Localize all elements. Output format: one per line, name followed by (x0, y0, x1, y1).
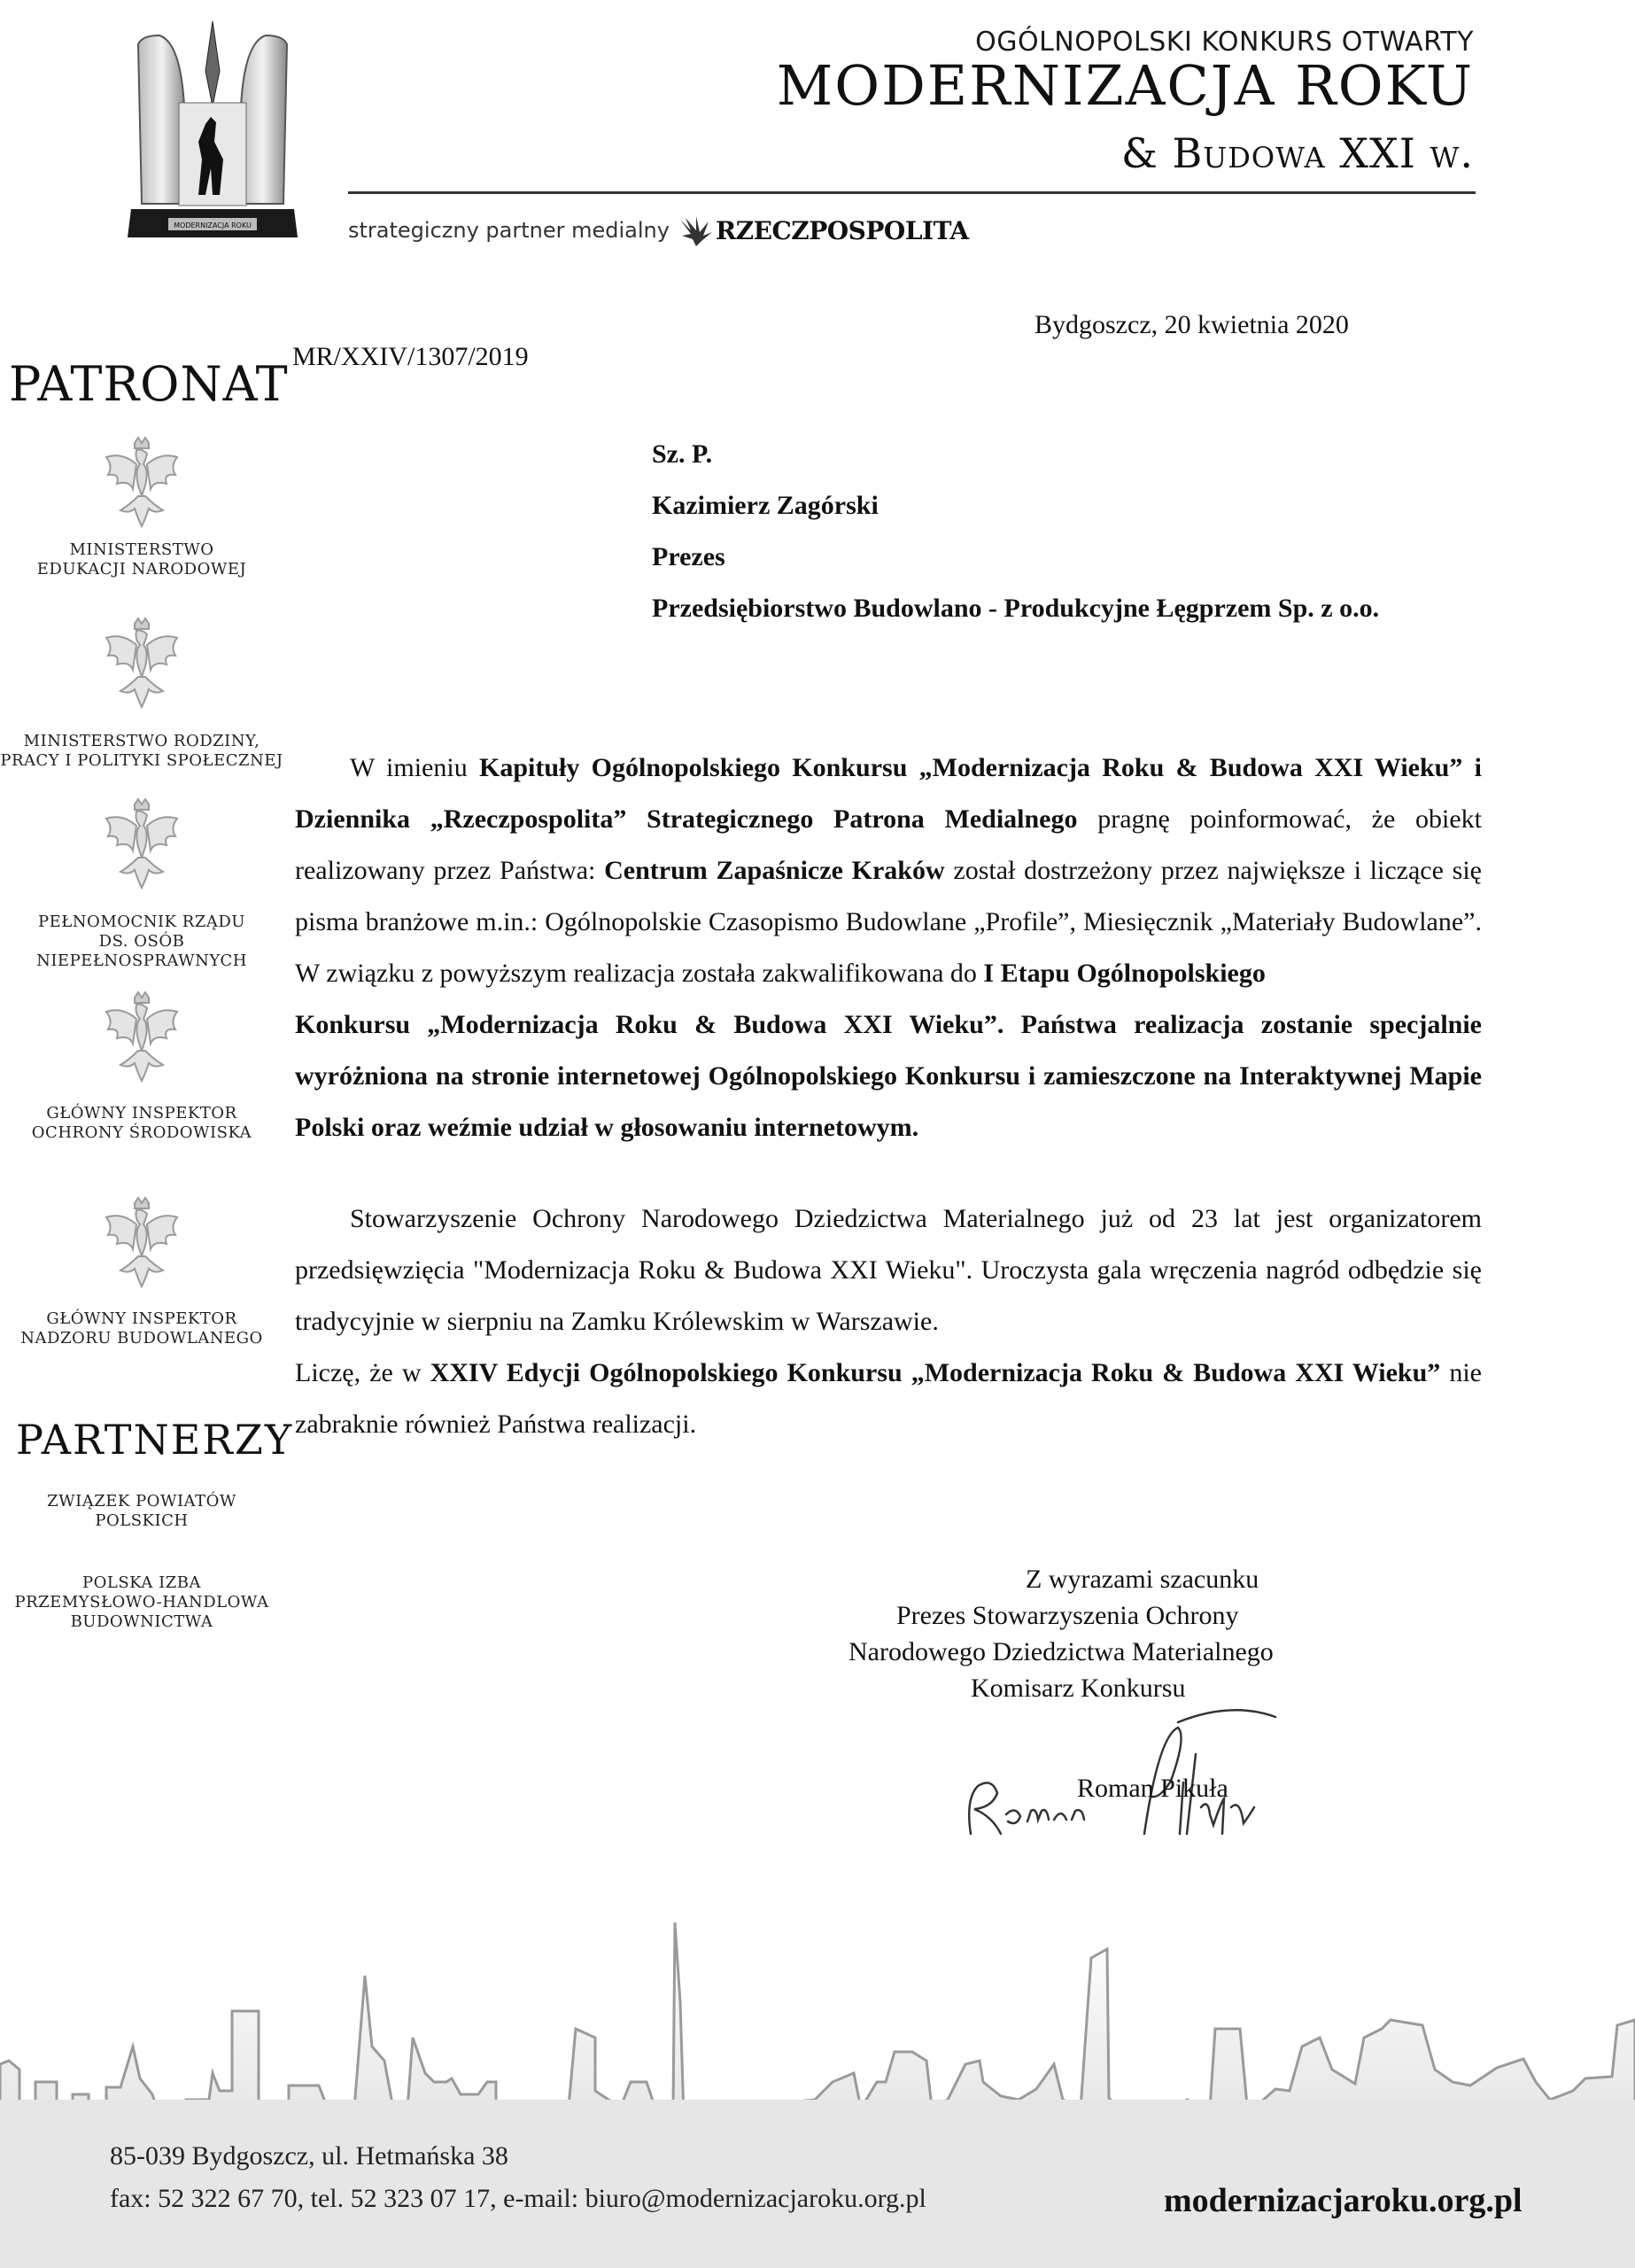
trophy-logo-icon: MODERNIZACJA ROKU (124, 18, 301, 250)
closing-line: Narodowego Dziedzictwa Materialnego (797, 1634, 1417, 1670)
eagle-icon (677, 213, 716, 248)
body-paragraph-1: W imieniu Kapituły Ogólnopolskiego Konku… (295, 742, 1482, 1153)
eagle-emblem-icon (99, 796, 184, 893)
patronat-heading: PATRONAT (9, 356, 289, 412)
patron-label-line: ds. Osób (99, 932, 185, 951)
recipient-block: Sz. P. Kazimierz Zagórski Prezes Przedsi… (652, 429, 1379, 634)
partner-label-line: Polskich (95, 1511, 188, 1530)
rzeczpospolita-logo: RZECZPOSPOLITA (677, 213, 969, 248)
patron-label-line: Pełnomocnik Rządu (38, 913, 245, 931)
bold-text-run: Centrum Zapaśnicze Kraków (604, 856, 945, 885)
signer-name: Roman Pikuła (1077, 1774, 1228, 1804)
eagle-emblem-icon (99, 989, 184, 1086)
text-run: W imieniu (350, 753, 479, 782)
footer-phone-email: fax: 52 322 67 70, tel. 52 323 07 17, e-… (110, 2178, 926, 2220)
recipient-salutation: Sz. P. (652, 429, 1379, 480)
patron-label-line: Edukacji Narodowej (37, 560, 246, 579)
partner-label-line: Przemysłowo-Handlowa (15, 1593, 269, 1612)
patron-entry: Główny Inspektor Nadzoru Budowlanego (0, 1194, 283, 1348)
letter-body: W imieniu Kapituły Ogólnopolskiego Konku… (295, 742, 1482, 1450)
trophy-plate-text: MODERNIZACJA ROKU (174, 221, 252, 229)
partner-label-line: Polska Izba (82, 1573, 201, 1592)
partner-label-line: Budownictwa (71, 1612, 213, 1631)
text-run: Liczę, że w (295, 1358, 430, 1387)
contest-title: MODERNIZACJA ROKU (443, 58, 1474, 113)
patron-entry: Pełnomocnik Rządu ds. Osób Niepełnospraw… (0, 796, 283, 971)
header-divider (348, 191, 1476, 194)
partnerzy-heading: PARTNERZY (16, 1416, 293, 1464)
patron-entry: Ministerstwo Rodziny, Pracy i Polityki S… (0, 615, 283, 771)
bold-text-run: XXIV Edycji Ogólnopolskiego Konkursu „Mo… (430, 1358, 1441, 1387)
patron-label-line: Pracy i Polityki Społecznej (0, 751, 283, 770)
media-partner: strategiczny partner medialny RZECZPOSPO… (348, 213, 969, 248)
eagle-emblem-icon (99, 434, 184, 532)
bold-text-run: I Etapu Ogólnopolskiego (983, 959, 1265, 988)
patron-entry: Ministerstwo Edukacji Narodowej (0, 434, 283, 579)
patron-label-line: Nadzoru Budowlanego (20, 1329, 262, 1348)
patron-label-line: Główny Inspektor (46, 1104, 236, 1122)
recipient-company: Przedsiębiorstwo Budowlano - Produkcyjne… (652, 583, 1379, 634)
footer-contact: 85-039 Bydgoszcz, ul. Hetmańska 38 fax: … (110, 2135, 926, 2220)
contest-subtitle: & Budowa XXI w. (797, 133, 1474, 174)
media-partner-name: RZECZPOSPOLITA (716, 216, 969, 245)
closing-line: Z wyrazami szacunku (797, 1561, 1417, 1597)
recipient-position: Prezes (652, 532, 1379, 583)
reference-number: MR/XXIV/1307/2019 (292, 342, 529, 372)
partner-entry: Związek Powiatów Polskich (0, 1492, 283, 1531)
media-partner-label: strategiczny partner medialny (348, 218, 670, 243)
patron-label-line: Ministerstwo Rodziny, (24, 732, 260, 750)
partner-entry: Polska Izba Przemysłowo-Handlowa Budowni… (0, 1573, 283, 1632)
patron-entry: Główny Inspektor Ochrony Środowiska (0, 989, 283, 1143)
partner-label-line: Związek Powiatów (47, 1492, 236, 1511)
place-date: Bydgoszcz, 20 kwietnia 2020 (1034, 310, 1349, 340)
patron-label-line: Ochrony Środowiska (32, 1123, 252, 1142)
eagle-emblem-icon (99, 615, 184, 712)
closing-block: Z wyrazami szacunku Prezes Stowarzyszeni… (797, 1561, 1417, 1706)
patron-label-line: Ministerstwo (69, 540, 213, 559)
bold-text-run: Konkursu „Modernizacja Roku & Budowa XXI… (295, 1010, 1482, 1142)
text-run: Stowarzyszenie Ochrony Narodowego Dziedz… (295, 1204, 1482, 1336)
body-paragraph-2: Stowarzyszenie Ochrony Narodowego Dziedz… (295, 1193, 1482, 1450)
eagle-emblem-icon (99, 1194, 184, 1292)
footer-website: modernizacjaroku.org.pl (1164, 2181, 1523, 2220)
patron-label-line: Niepełnosprawnych (36, 951, 247, 970)
footer-address: 85-039 Bydgoszcz, ul. Hetmańska 38 (110, 2135, 926, 2178)
recipient-name: Kazimierz Zagórski (652, 480, 1379, 532)
patron-label-line: Główny Inspektor (46, 1309, 236, 1328)
closing-line: Prezes Stowarzyszenia Ochrony (797, 1597, 1417, 1634)
